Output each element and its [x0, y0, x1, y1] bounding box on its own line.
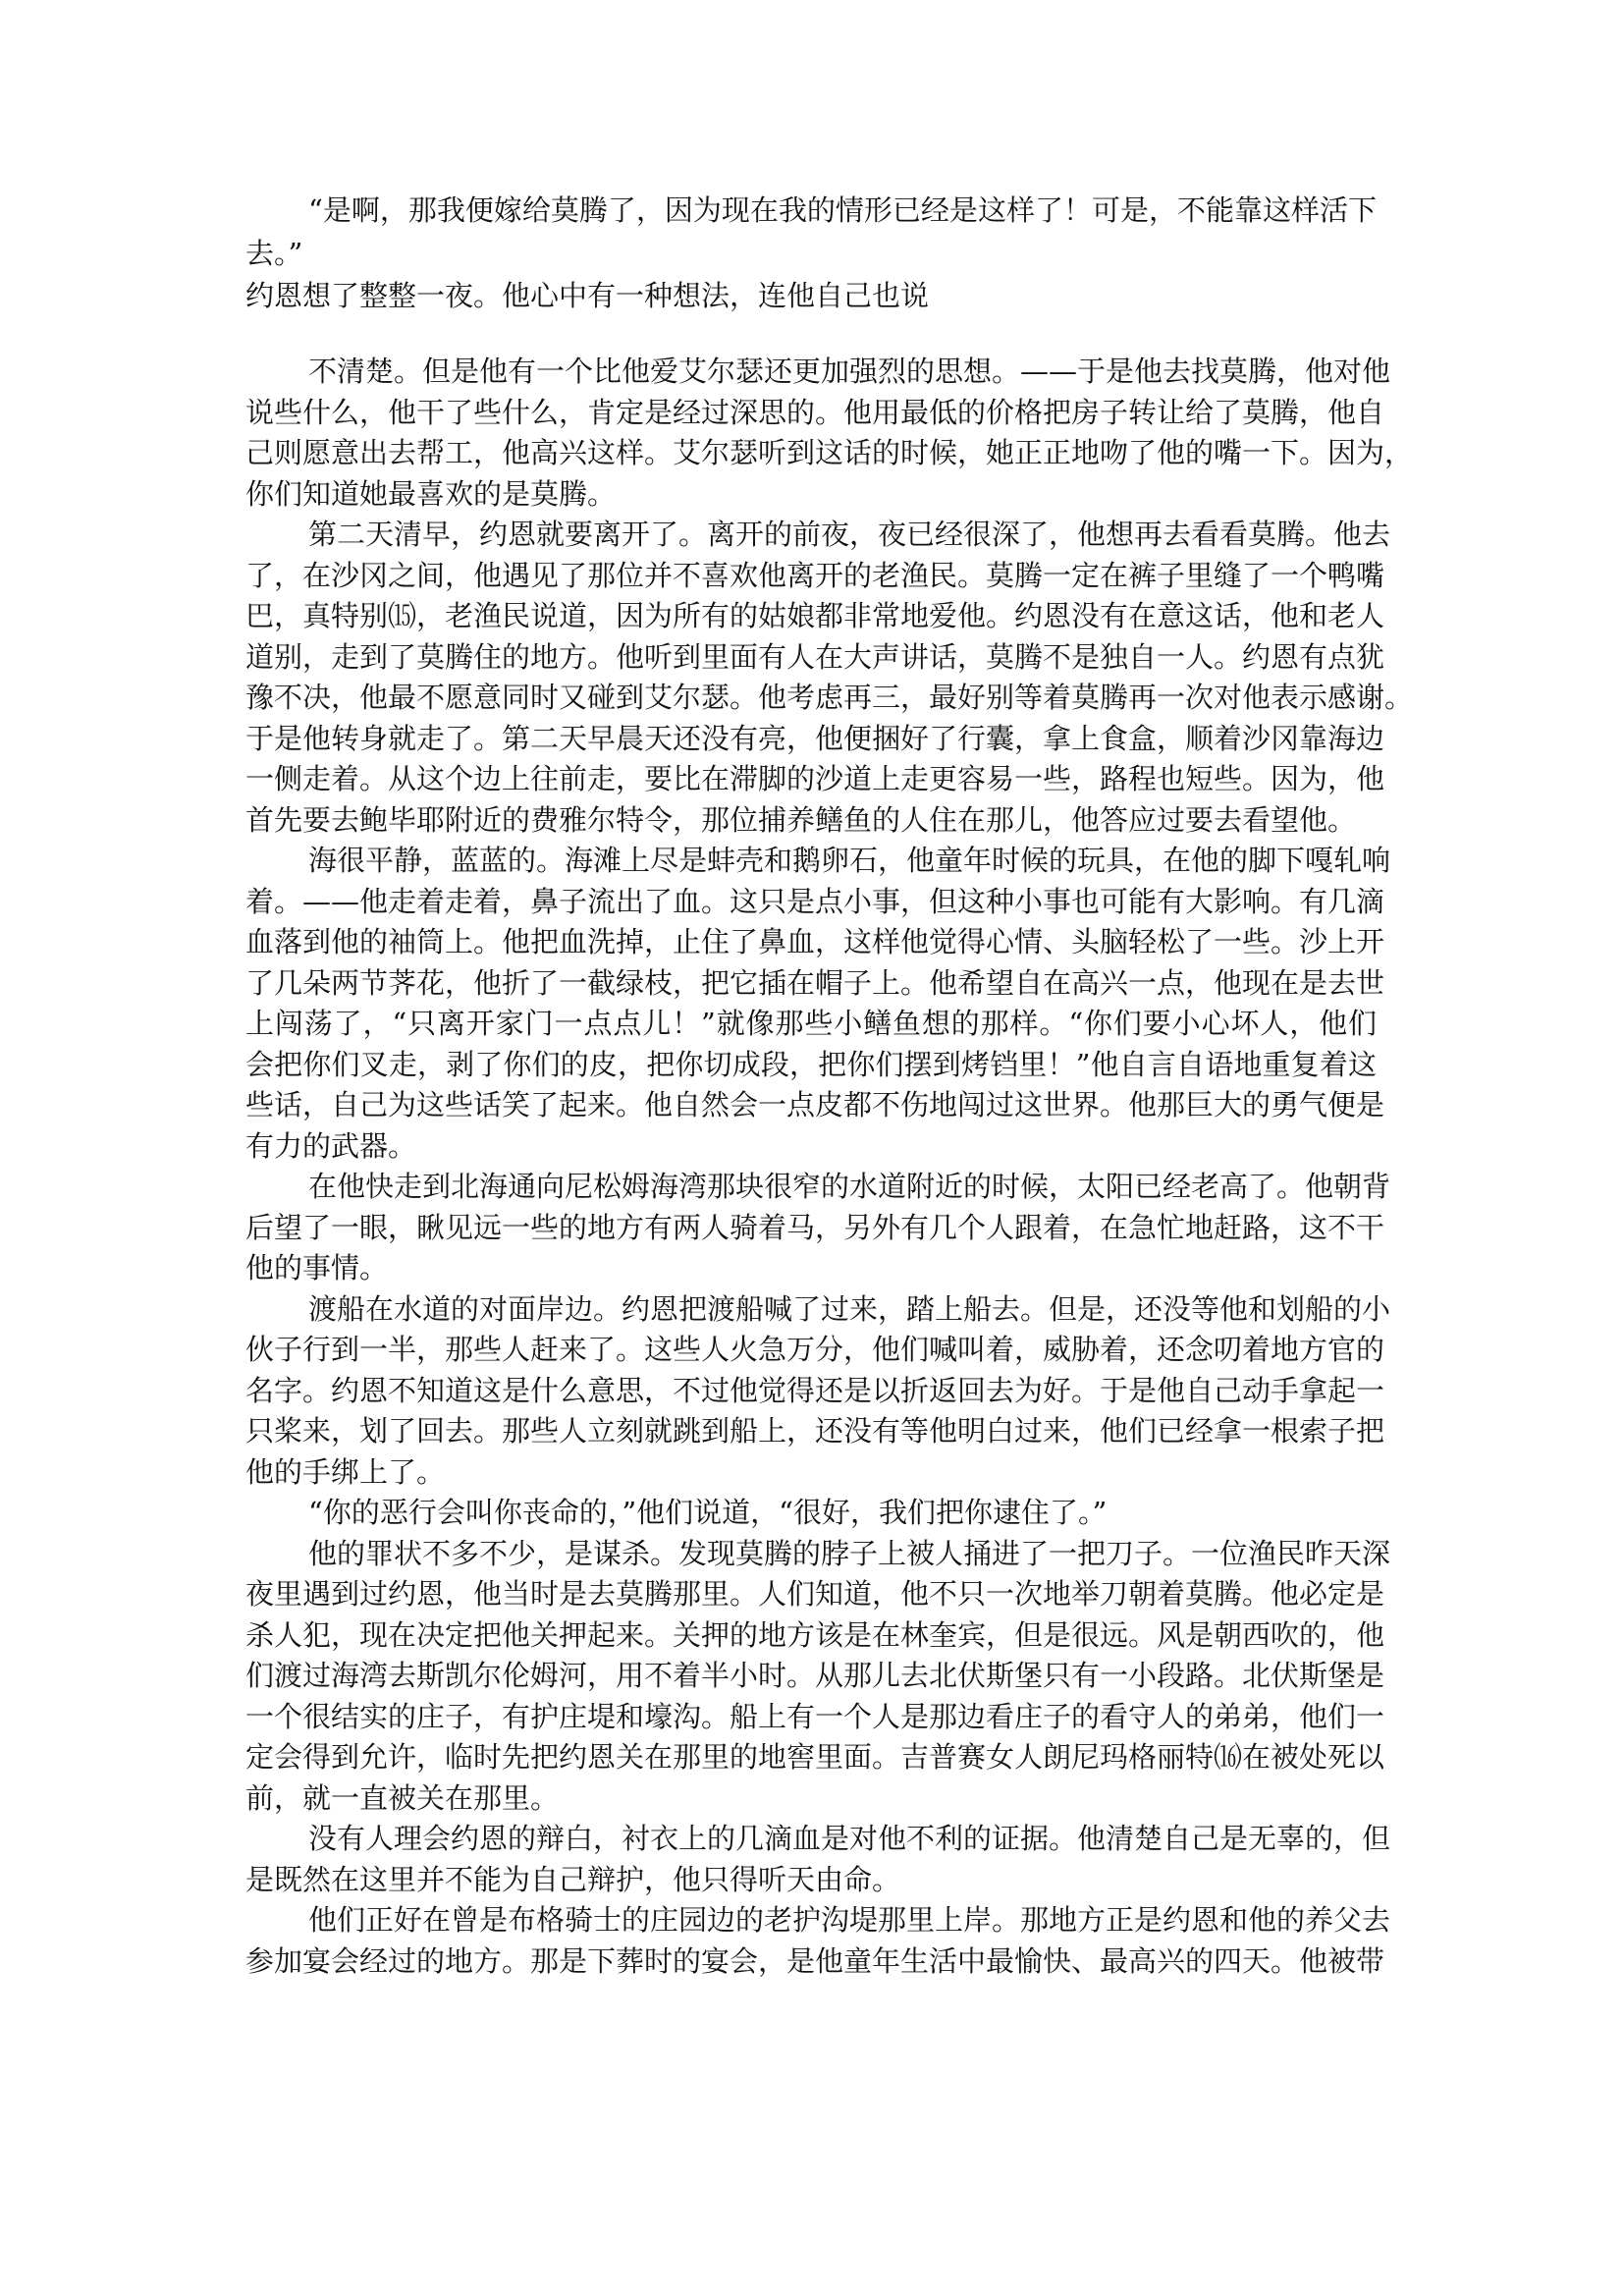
text-line: 于是他转身就走了。第二天早晨天还没有亮，他便捆好了行囊，拿上食盒，顺着沙冈靠海边 [245, 719, 1377, 758]
text-line: 着。——他走着走着，鼻子流出了血。这只是点小事，但这种小事也可能有大影响。有几滴 [245, 882, 1377, 921]
text-line: 是既然在这里并不能为自己辩护，他只得听天由命。 [245, 1860, 1377, 1899]
text-line: 定会得到允许，临时先把约恩关在那里的地窖里面。吉普赛女人朗尼玛格丽特⒃在被处死以 [245, 1737, 1377, 1777]
paragraph-first-line: “你的恶行会叫你丧命的，”他们说道，“很好，我们把你逮住了。” [308, 1493, 1377, 1532]
text-line: 夜里遇到过约恩，他当时是去莫腾那里。人们知道，他不只一次地举刀朝着莫腾。他必定是 [245, 1574, 1377, 1613]
text-line: 他的手绑上了。 [245, 1452, 1377, 1492]
text-line: 巴，真特别⒂，老渔民说道，因为所有的姑娘都非常地爱他。约恩没有在意这话，他和老人 [245, 596, 1377, 635]
text-line: 后望了一眼，瞅见远一些的地方有两人骑着马，另外有几个人跟着，在急忙地赶路，这不干 [245, 1208, 1377, 1247]
text-line: 说些什么，他干了些什么，肯定是经过深思的。他用最低的价格把房子转让给了莫腾，他自 [245, 393, 1377, 432]
text-line: 他的事情。 [245, 1248, 1377, 1287]
paragraph-first-line: 海很平静，蓝蓝的。海滩上尽是蚌壳和鹅卵石，他童年时候的玩具，在他的脚下嘎轧响 [308, 841, 1377, 880]
text-line: 了，在沙冈之间，他遇见了那位并不喜欢他离开的老渔民。莫腾一定在裤子里缝了一个鸭嘴 [245, 556, 1377, 595]
paragraph-first-line: 第二天清早，约恩就要离开了。离开的前夜，夜已经很深了，他想再去看看莫腾。他去 [308, 515, 1377, 554]
text-line: 上闯荡了，“只离开家门一点点儿！”就像那些小鳝鱼想的那样。“你们要小心坏人，他们 [245, 1004, 1377, 1043]
paragraph-first-line: 他的罪状不多不少，是谋杀。发现莫腾的脖子上被人捅进了一把刀子。一位渔民昨天深 [308, 1534, 1377, 1573]
paragraph-first-line: 不清楚。但是他有一个比他爱艾尔瑟还更加强烈的思想。——于是他去找莫腾，他对他 [308, 352, 1377, 391]
text-line: 道别，走到了莫腾住的地方。他听到里面有人在大声讲话，莫腾不是独自一人。约恩有点犹 [245, 637, 1377, 677]
paragraph-first-line: 他们正好在曾是布格骑士的庄园边的老护沟堤那里上岸。那地方正是约恩和他的养父去 [308, 1900, 1377, 1940]
text-line: 去。” [245, 234, 1377, 273]
text-line: 会把你们叉走，剥了你们的皮，把你切成段，把你们摆到烤铛里！”他自言自语地重复着这 [245, 1045, 1377, 1084]
text-line: 豫不决，他最不愿意同时又碰到艾尔瑟。他考虑再三，最好别等着莫腾再一次对他表示感谢… [245, 678, 1377, 717]
text-line: 只桨来，划了回去。那些人立刻就跳到船上，还没有等他明白过来，他们已经拿一根索子把 [245, 1411, 1377, 1450]
text-line: 你们知道她最喜欢的是莫腾。 [245, 474, 1377, 514]
document-page: “是啊，那我便嫁给莫腾了，因为现在我的情形已经是这样了！可是，不能靠这样活下去。… [0, 0, 1623, 2296]
paragraph-first-line: 没有人理会约恩的辩白，衬衣上的几滴血是对他不利的证据。他清楚自己是无辜的，但 [308, 1819, 1377, 1858]
text-line: 首先要去鲍毕耶附近的费雅尔特令，那位捕养鳝鱼的人住在那儿，他答应过要去看望他。 [245, 800, 1377, 840]
text-line: 一侧走着。从这个边上往前走，要比在滞脚的沙道上走更容易一些，路程也短些。因为，他 [245, 759, 1377, 798]
text-line: 参加宴会经过的地方。那是下葬时的宴会，是他童年生活中最愉快、最高兴的四天。他被带 [245, 1941, 1377, 1981]
text-line: 些话，自己为这些话笑了起来。他自然会一点皮都不伤地闯过这世界。他那巨大的勇气便是 [245, 1085, 1377, 1124]
text-line: 名字。约恩不知道这是什么意思，不过他觉得还是以折返回去为好。于是他自己动手拿起一 [245, 1371, 1377, 1410]
text-line: 血落到他的袖筒上。他把血洗掉，止住了鼻血，这样他觉得心情、头脑轻松了一些。沙上开 [245, 922, 1377, 961]
text-line: 一个很结实的庄子，有护庄堤和壕沟。船上有一个人是那边看庄子的看守人的弟弟，他们一 [245, 1697, 1377, 1736]
text-line: 们渡过海湾去斯凯尔伦姆河，用不着半小时。从那儿去北伏斯堡只有一小段路。北伏斯堡是 [245, 1656, 1377, 1695]
paragraph-first-line: 在他快走到北海通向尼松姆海湾那块很窄的水道附近的时候，太阳已经老高了。他朝背 [308, 1167, 1377, 1206]
text-line: 杀人犯，现在决定把他关押起来。关押的地方该是在林奎宾，但是很远。风是朝西吹的，他 [245, 1615, 1377, 1655]
text-line: 己则愿意出去帮工，他高兴这样。艾尔瑟听到这话的时候，她正正地吻了他的嘴一下。因为… [245, 433, 1377, 472]
paragraph-first-line: “是啊，那我便嫁给莫腾了，因为现在我的情形已经是这样了！可是，不能靠这样活下 [308, 191, 1377, 230]
paragraph-first-line: 渡船在水道的对面岸边。约恩把渡船喊了过来，踏上船去。但是，还没等他和划船的小 [308, 1289, 1377, 1329]
text-line: 约恩想了整整一夜。他心中有一种想法，连他自己也说 [245, 276, 1377, 315]
text-line: 有力的武器。 [245, 1126, 1377, 1166]
text-line: 前，就一直被关在那里。 [245, 1778, 1377, 1818]
text-line: 伙子行到一半，那些人赶来了。这些人火急万分，他们喊叫着，威胁着，还念叨着地方官的 [245, 1330, 1377, 1369]
text-line: 了几朵两节荠花，他折了一截绿枝，把它插在帽子上。他希望自在高兴一点，他现在是去世 [245, 963, 1377, 1003]
